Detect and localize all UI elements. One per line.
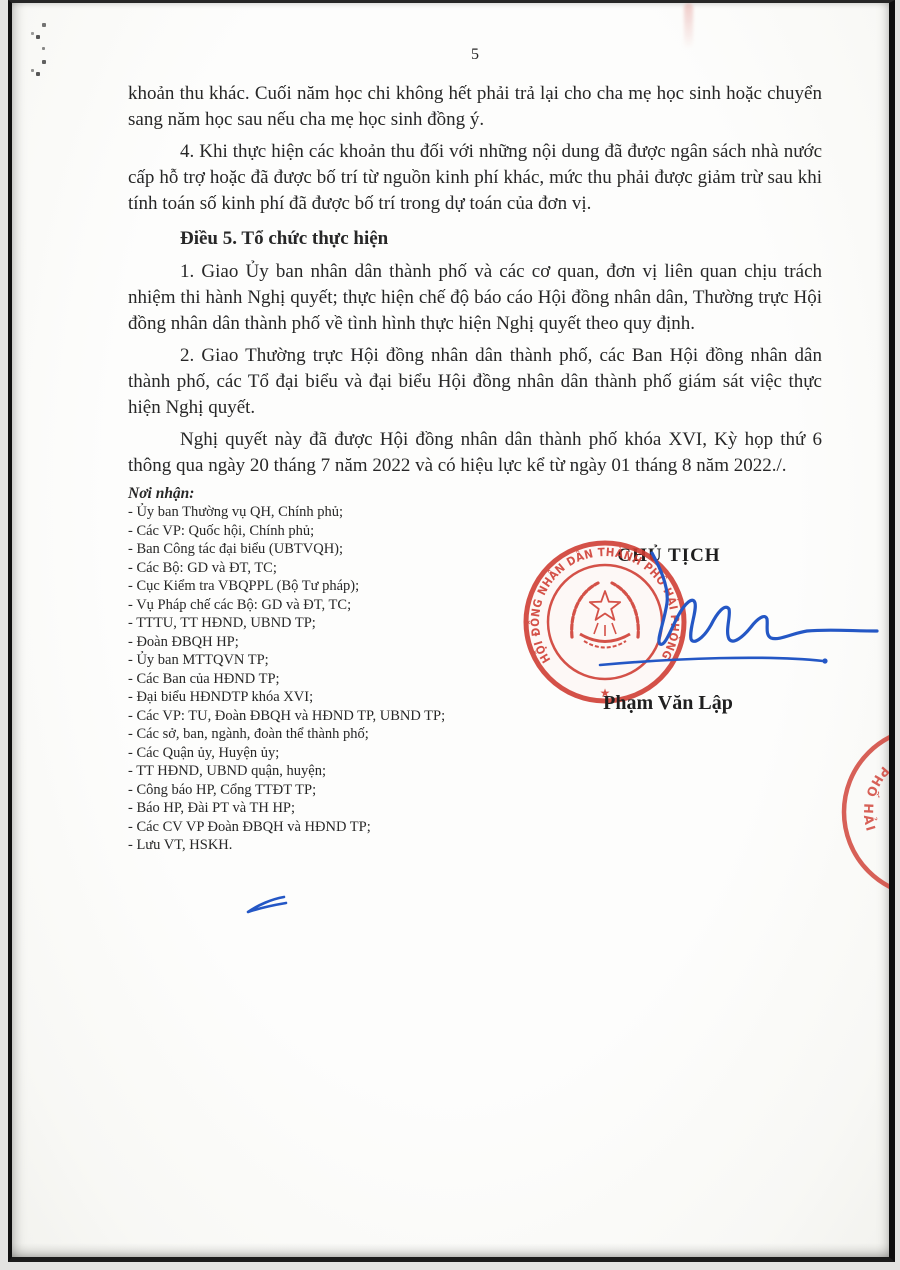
body-paragraph-enactment: Nghị quyết này đã được Hội đồng nhân dân… [128, 427, 822, 479]
body-paragraph-5-2: 2. Giao Thường trực Hội đồng nhân dân th… [128, 343, 822, 421]
recipient-item: - Các CV VP Đoàn ĐBQH và HĐND TP; [128, 818, 822, 837]
body-paragraph-4: 4. Khi thực hiện các khoản thu đối với n… [128, 139, 822, 217]
page-number: 5 [128, 45, 822, 65]
recipient-item: - Các sở, ban, ngành, đoàn thể thành phố… [128, 725, 822, 744]
scan-smudge [684, 3, 693, 49]
article-5-heading: Điều 5. Tổ chức thực hiện [128, 226, 822, 252]
recipient-item: - TT HĐND, UBND quận, huyện; [128, 762, 822, 781]
scan-artifact-dot [31, 32, 34, 35]
body-paragraph-carryover: khoản thu khác. Cuối năm học chi không h… [128, 81, 822, 133]
recipient-item: - Các Quận ủy, Huyện ủy; [128, 744, 822, 763]
recipient-item: - Báo HP, Đài PT và TH HP; [128, 799, 822, 818]
document-page: 5 khoản thu khác. Cuối năm học chi không… [8, 0, 895, 1262]
scan-artifact-dot [36, 35, 40, 39]
scan-artifact-dot [36, 72, 40, 76]
body-paragraph-5-1: 1. Giao Ủy ban nhân dân thành phố và các… [128, 259, 822, 337]
signer-name: Phạm Văn Lập [568, 692, 768, 715]
edge-stamp-ring-text: PHỐ HẢI [861, 764, 893, 835]
recipient-item: - Công báo HP, Cổng TTĐT TP; [128, 781, 822, 800]
scan-artifact-dot [42, 47, 45, 50]
scan-artifact-dot [31, 69, 34, 72]
recipients-label: Nơi nhận: [128, 484, 822, 503]
signature [467, 543, 887, 678]
scan-shadow [12, 1243, 889, 1257]
document-body: 5 khoản thu khác. Cuối năm học chi không… [128, 45, 822, 855]
recipient-item: - Lưu VT, HSKH. [128, 836, 822, 855]
recipient-item: - Các VP: Quốc hội, Chính phủ; [128, 522, 822, 541]
scan-artifact-dot [42, 60, 46, 64]
scan-artifact-dot [42, 23, 46, 27]
recipient-item: - Ủy ban Thường vụ QH, Chính phủ; [128, 503, 822, 522]
pen-mark [240, 891, 296, 921]
edge-stamp: PHỐ HẢI [802, 718, 895, 908]
scan-background: 5 khoản thu khác. Cuối năm học chi không… [0, 0, 900, 1270]
